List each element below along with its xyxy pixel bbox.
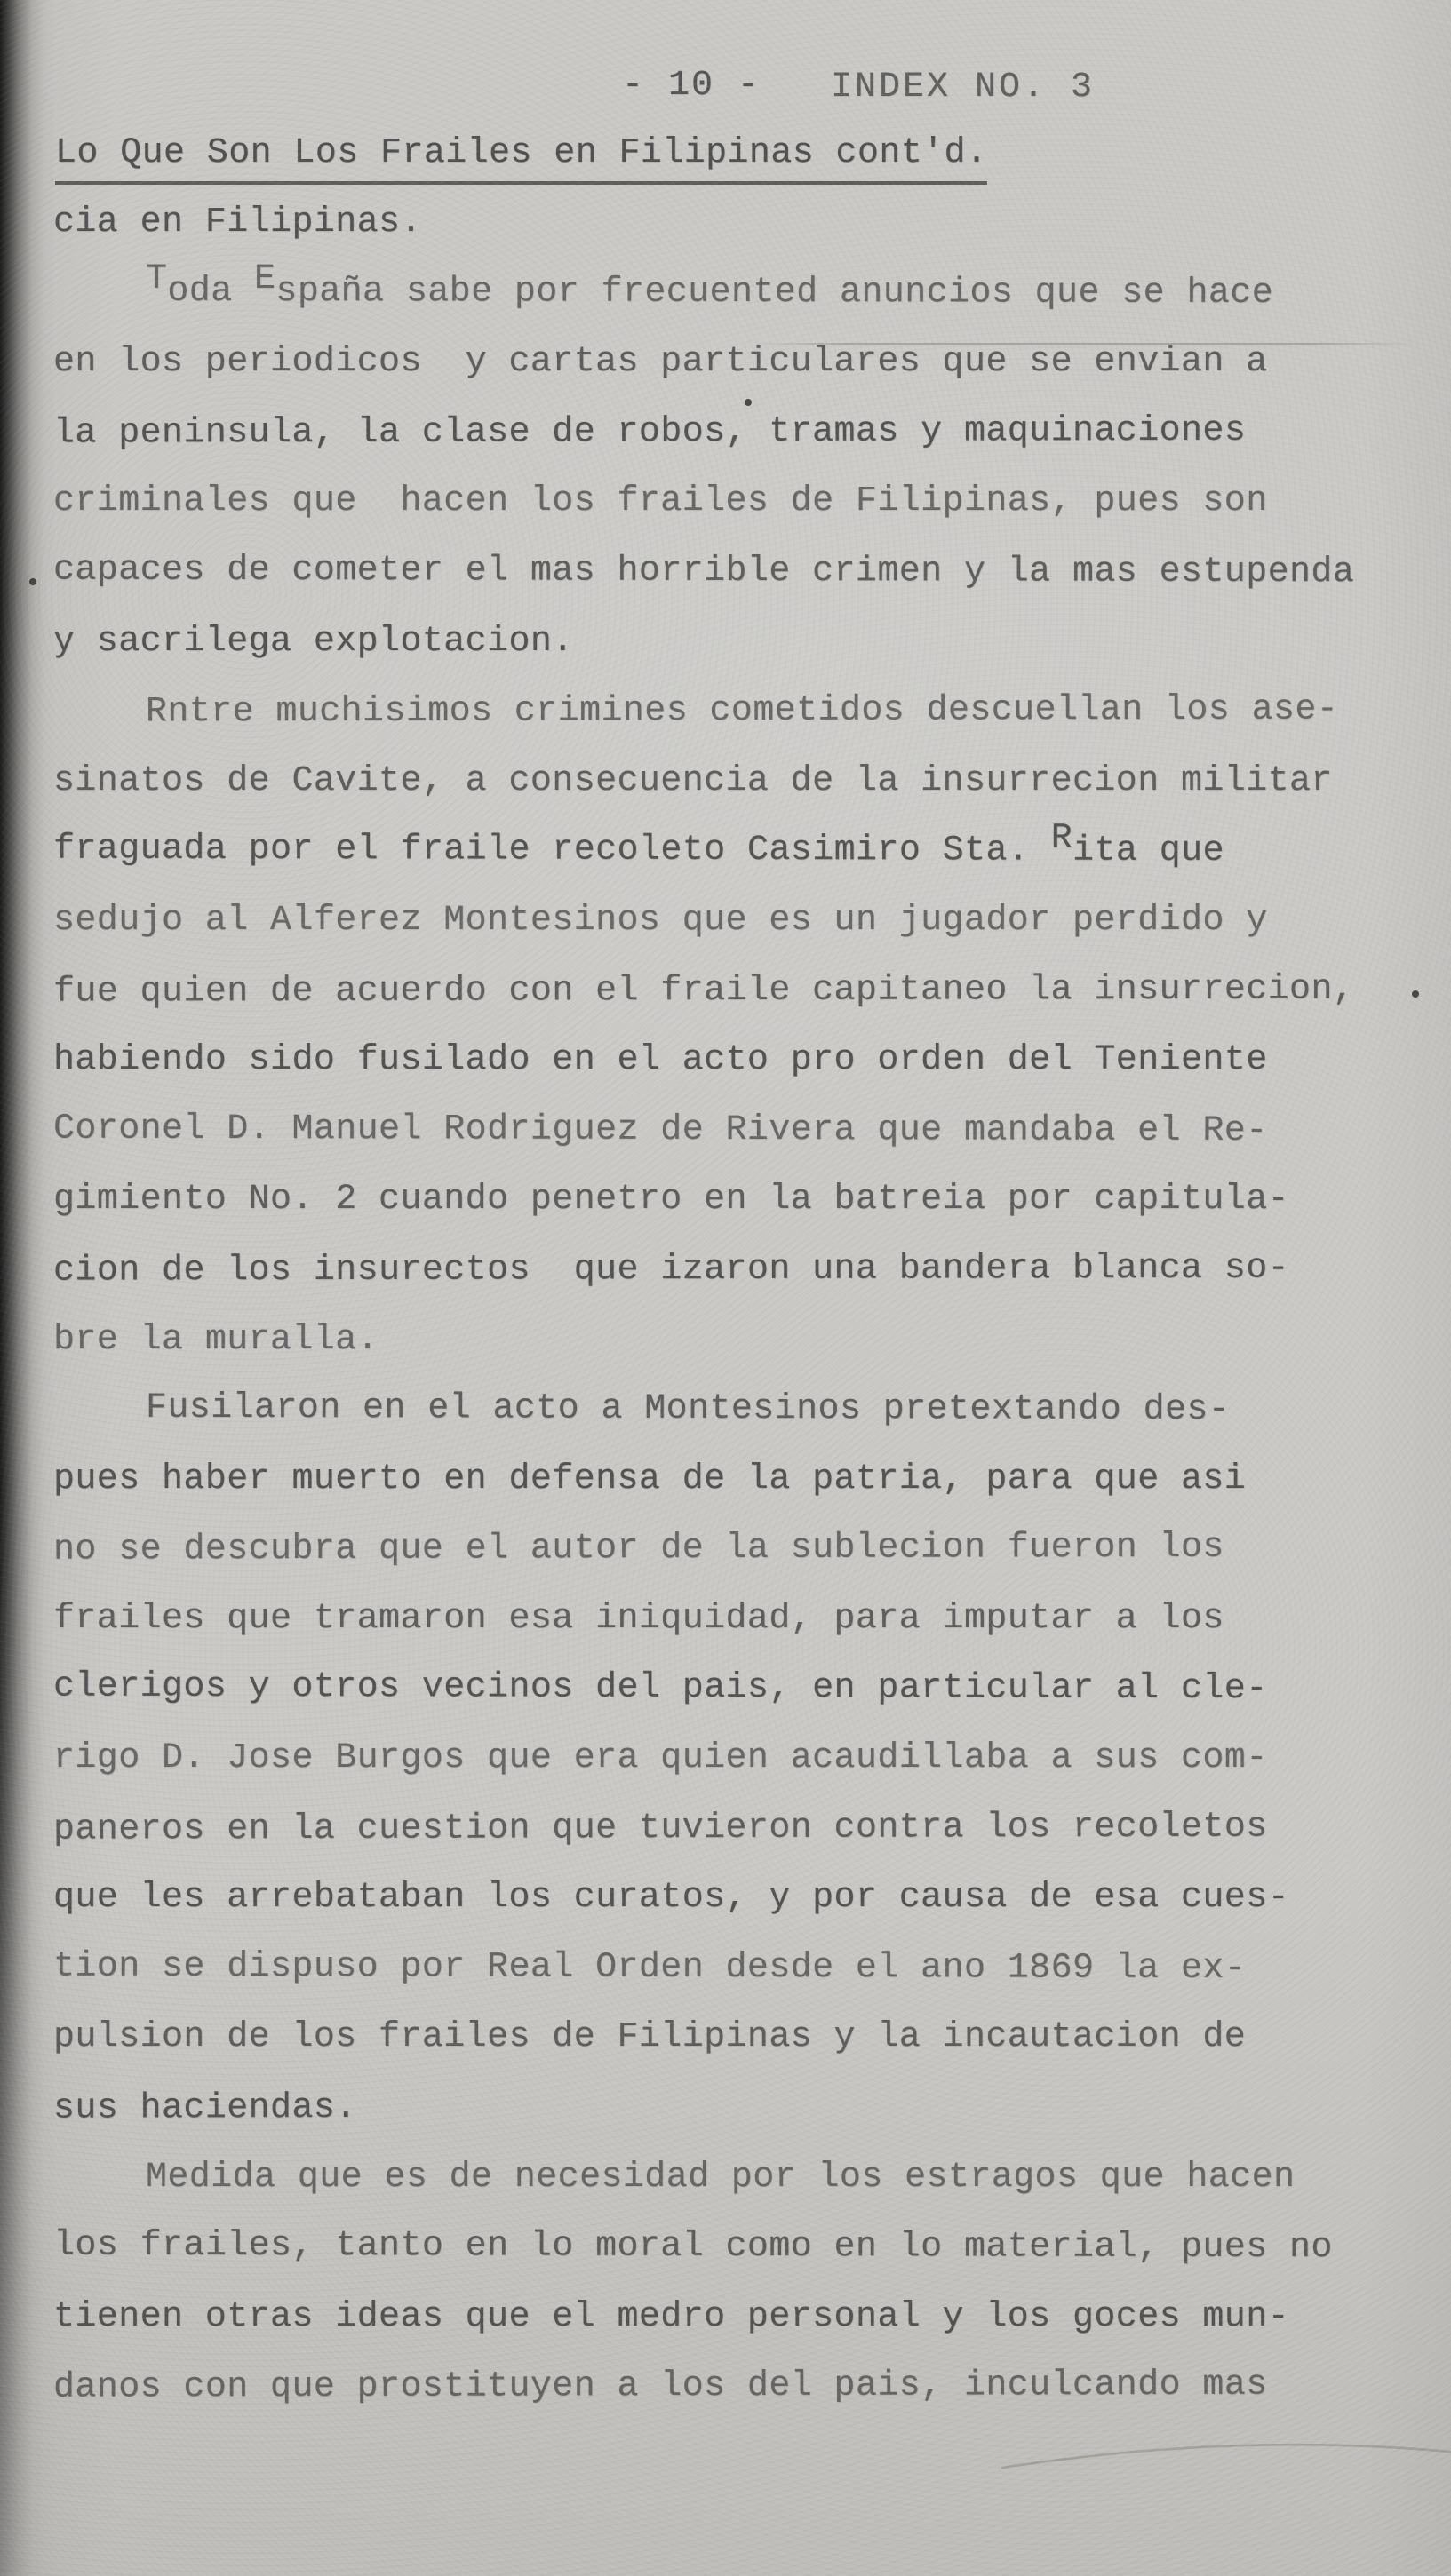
text-line: en los periodicos y cartas particulares … bbox=[53, 328, 1422, 398]
text-line: fraguada por el fraile recoleto Casimiro… bbox=[53, 815, 1422, 887]
text-line: danos con que prostituyen a los del pais… bbox=[53, 2351, 1422, 2424]
text-line: Toda España sabe por frecuented anuncios… bbox=[53, 257, 1422, 329]
text-line: no se descubra que el autor de la sublec… bbox=[53, 1514, 1422, 1586]
text-line: capaces de cometer el mas horrible crime… bbox=[53, 537, 1422, 608]
stray-ink-dot bbox=[1412, 990, 1419, 998]
text-line: Fusilaron en el acto a Montesinos pretex… bbox=[53, 1374, 1422, 1446]
text-line: pulsion de los frailes de Filipinas y la… bbox=[53, 2003, 1422, 2073]
text-line: paneros en la cuestion que tuvieron cont… bbox=[53, 1793, 1422, 1865]
text-line: gimiento No. 2 cuando penetro en la batr… bbox=[53, 1165, 1422, 1236]
text-line: habiendo sido fusilado en el acto pro or… bbox=[53, 1026, 1422, 1096]
text-line: Rntre muchisimos crimines cometidos desc… bbox=[53, 676, 1422, 749]
text-line: Medida que es de necesidad por los estra… bbox=[53, 2143, 1422, 2214]
page-number: - 10 - bbox=[622, 66, 761, 106]
crease-line bbox=[752, 343, 1413, 345]
text-line: cia en Filipinas. bbox=[53, 188, 1422, 258]
text-line: los frailes, tanto en lo moral como en l… bbox=[53, 2212, 1422, 2284]
index-label: INDEX NO. 3 bbox=[831, 68, 1095, 107]
stray-ink-dot bbox=[29, 578, 36, 585]
text-line: cion de los insurectos que izaron una ba… bbox=[53, 1234, 1422, 1307]
text-line: frailes que tramaron esa iniquidad, para… bbox=[53, 1585, 1422, 1655]
document-title: Lo Que Son Los Frailes en Filipinas cont… bbox=[55, 133, 987, 185]
text-line: la peninsula, la clase de robos, tramas … bbox=[53, 396, 1422, 469]
raised-char: R bbox=[1051, 819, 1072, 859]
text-line: tienen otras ideas que el medro personal… bbox=[53, 2283, 1422, 2353]
text-line: sedujo al Alferez Montesinos que es un j… bbox=[53, 886, 1422, 957]
text-line: fue quien de acuerdo con el fraile capit… bbox=[53, 955, 1422, 1028]
text-line: sinatos de Cavite, a consecuencia de la … bbox=[53, 747, 1422, 817]
raised-char: T bbox=[146, 259, 167, 299]
text-line: y sacrilega explotacion. bbox=[53, 608, 1422, 678]
body-lines: cia en Filipinas.Toda España sabe por fr… bbox=[53, 188, 1422, 2422]
pencil-stroke bbox=[977, 2416, 1451, 2496]
text-line: pues haber muerto en defensa de la patri… bbox=[53, 1445, 1422, 1515]
text-line: criminales que hacen los frailes de Fili… bbox=[53, 467, 1422, 537]
text-line: sus haciendas. bbox=[53, 2071, 1422, 2144]
text-line: bre la muralla. bbox=[53, 1306, 1422, 1376]
page-edge-shadow bbox=[0, 0, 55, 2576]
raised-char: E bbox=[254, 259, 275, 299]
text-line: clerigos y otros vecinos del pais, en pa… bbox=[53, 1653, 1422, 1725]
text-line: tion se dispuso por Real Orden desde el … bbox=[53, 1933, 1422, 2005]
text-line: rigo D. Jose Burgos que era quien acaudi… bbox=[53, 1724, 1422, 1794]
text-line: que les arrebataban los curatos, y por c… bbox=[53, 1864, 1422, 1934]
text-line: Coronel D. Manuel Rodriguez de Rivera qu… bbox=[53, 1094, 1422, 1166]
document-page: - 10 - INDEX NO. 3 Lo Que Son Los Fraile… bbox=[0, 0, 1451, 2576]
stray-ink-dot bbox=[745, 399, 752, 406]
